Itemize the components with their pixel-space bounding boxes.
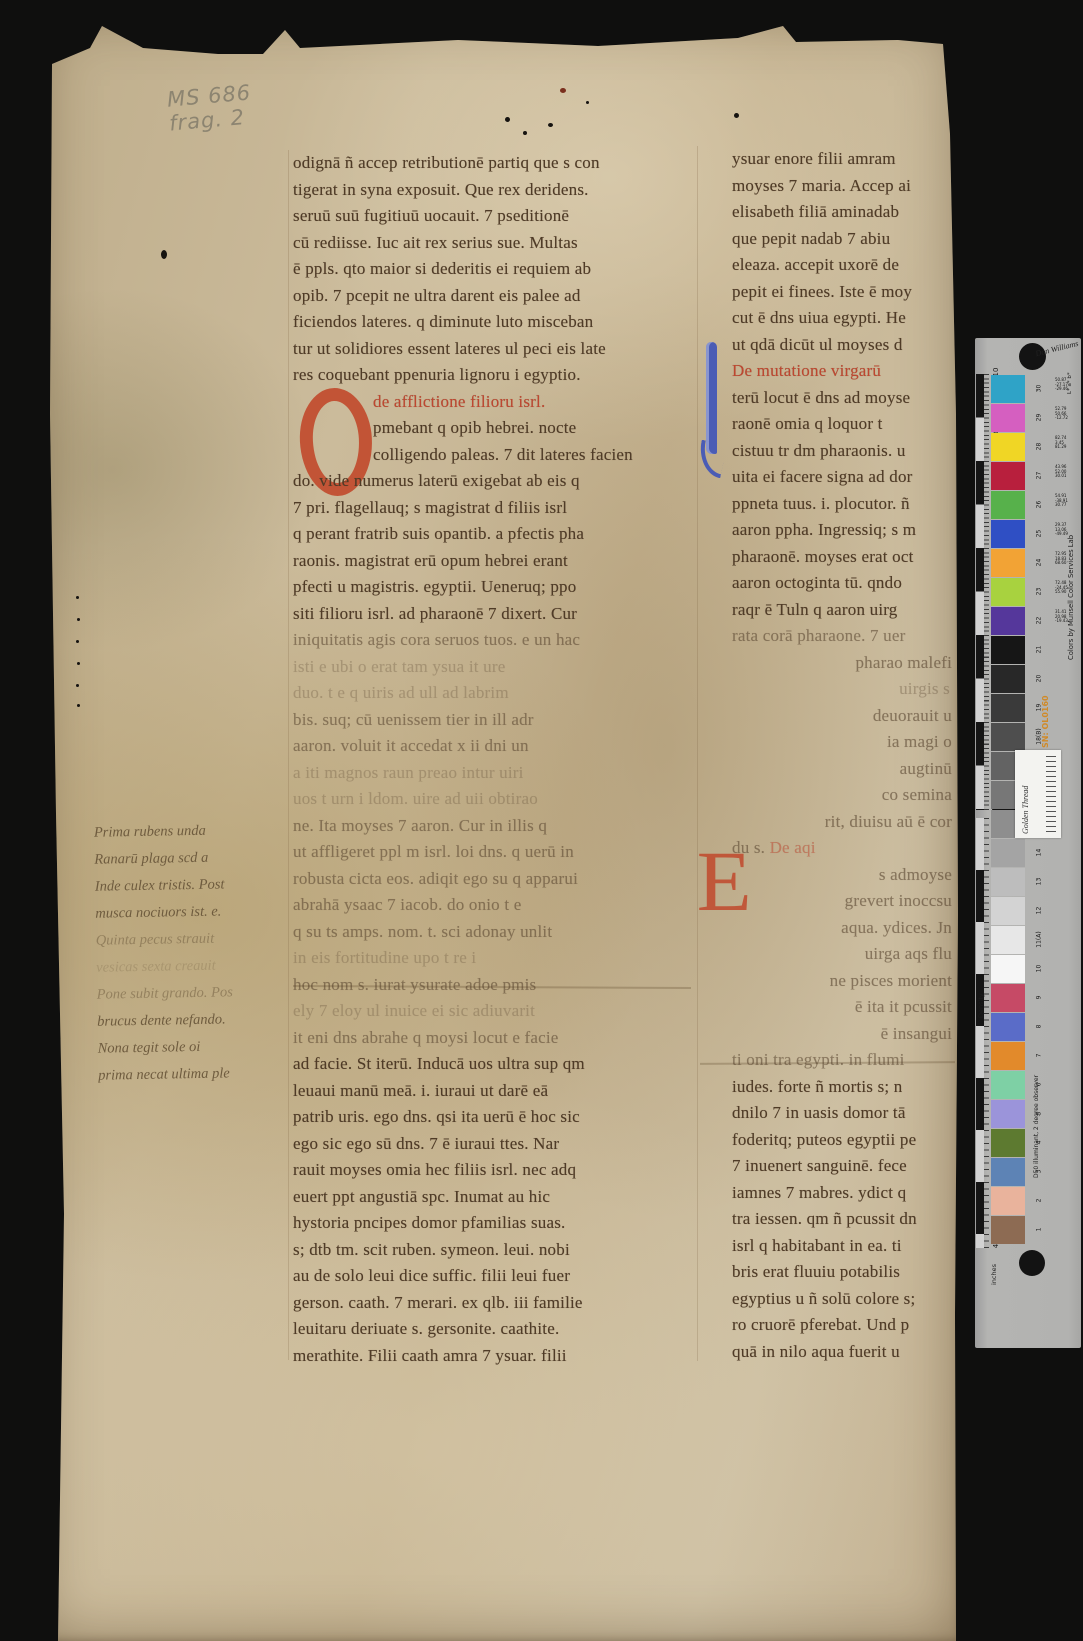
patch-number: 30 — [1036, 374, 1043, 404]
initial-I-flourish — [695, 440, 728, 479]
patch-number: 25 — [1036, 519, 1043, 549]
illuminant-note: D50 illuminant, 2 degree observer — [1033, 1038, 1040, 1178]
text-line: odignā ñ accep retributionē partiq que s… — [293, 150, 685, 177]
color-patch-row: 2472.95 18.83 68.60 — [991, 549, 1079, 578]
ink-speck — [523, 131, 527, 135]
patch-number: 29 — [1036, 403, 1043, 433]
text-line: eleaza. accepit uxorē de — [732, 252, 958, 279]
color-patch-row: 12 — [991, 897, 1079, 926]
text-line: isti e ubi o erat tam ysua it ure — [293, 654, 685, 681]
stitch-hole — [77, 618, 80, 621]
text-line: ia magi o — [732, 729, 958, 756]
color-patch-row: 2529.37 13.06 -49.49 — [991, 520, 1079, 549]
text-line: Nona tegit sole oi — [97, 1032, 292, 1062]
patch-number: 24 — [1036, 548, 1043, 578]
color-patch — [991, 897, 1025, 925]
color-patch-row: 3050.87 -27.17 -29.46 — [991, 375, 1079, 404]
text-line: moyses 7 maria. Accep ai — [732, 173, 958, 200]
color-patch-row: 14 — [991, 839, 1079, 868]
text-line: Ranarū plaga scd a — [94, 843, 289, 873]
text-line: a iti magnos raun preao intur uiri — [293, 760, 685, 787]
color-patch — [991, 955, 1025, 983]
ink-speck — [505, 117, 510, 122]
text-line: uos t urn i ldom. uire ad uii obtirao — [293, 786, 685, 813]
color-patch — [991, 433, 1025, 461]
text-line: augtinū — [732, 756, 958, 783]
text-line: foderitq; puteos egyptii pe — [732, 1127, 958, 1154]
cm-ruler-blocks — [976, 374, 984, 810]
text-line: raqr ē Tuln q aaron uirg — [732, 597, 958, 624]
inch-ruler-ticks — [984, 818, 989, 1248]
text-line: tur ut solidiores essent lateres ul peci… — [293, 336, 685, 363]
text-line: du s. De aqi — [732, 835, 958, 862]
text-line: colligendo paleas. 7 dit lateres facien — [293, 442, 685, 469]
text-line: in eis fortitudine upo t re i — [293, 945, 685, 972]
text-line: quā in nilo aqua fuerit u — [732, 1339, 958, 1366]
text-line: ne. Ita moyses 7 aaron. Cur in illis q — [293, 813, 685, 840]
text-line: leuaui manū meā. i. iuraui ut darē eā — [293, 1078, 685, 1105]
registration-dot-bottom — [1019, 1250, 1045, 1276]
text-line: Quinta pecus strauit — [96, 924, 291, 954]
color-patch — [991, 1100, 1025, 1128]
stitch-hole — [76, 640, 79, 643]
text-line: vesicas sexta creauit — [96, 951, 291, 981]
text-line: ut qdā dicūt ul moyses d — [732, 332, 958, 359]
stitch-hole — [76, 684, 79, 687]
text-line: iniquitatis agis cora seruos tuos. e un … — [293, 627, 685, 654]
color-patch — [991, 1216, 1025, 1244]
text-line: pharao malefi — [732, 650, 958, 677]
color-patch — [991, 1013, 1025, 1041]
text-line: dnilo 7 in uasis domor tā — [732, 1100, 958, 1127]
lab-header: L* a* b* — [1067, 366, 1073, 394]
color-patch-row: 1 — [991, 1216, 1079, 1245]
patch-number: 10 — [1036, 954, 1043, 984]
photograph-canvas: MS 686 frag. 2 E odignā ñ accep retribut… — [0, 0, 1083, 1641]
text-line: ely 7 eloy ul inuice ei sic adiuvarit — [293, 998, 685, 1025]
text-line: pharaonē. moyses erat oct — [732, 544, 958, 571]
color-patch-row: 2882.74 3.45 81.29 — [991, 433, 1079, 462]
text-line: raonē omia q loquor t — [732, 411, 958, 438]
text-line: Pone subit grando. Pos — [96, 978, 291, 1008]
designer-signature: Don Williams — [1035, 339, 1080, 358]
patch-number: 27 — [1036, 461, 1043, 491]
text-line: uita ei facere signa ad dor — [732, 464, 958, 491]
color-patch-row: 19 — [991, 694, 1079, 723]
text-line: bis. suq; cū uenissem tier in ill adr — [293, 707, 685, 734]
text-line: egyptius u ñ solū colore s; — [732, 1286, 958, 1313]
text-line: ficiendos lateres. q diminute luto misce… — [293, 309, 685, 336]
text-line: ē insangui — [732, 1021, 958, 1048]
text-line: Inde culex tristis. Post — [95, 870, 290, 900]
text-line: s; dtb tm. scit ruben. symeon. leui. nob… — [293, 1237, 685, 1264]
text-line: terū locut ē dns ad moyse — [732, 385, 958, 412]
color-patch — [991, 1042, 1025, 1070]
stitch-hole — [77, 704, 80, 707]
text-line: res coquebant ppenuria lignoru i egyptio… — [293, 362, 685, 389]
patch-number: 1 — [1036, 1215, 1043, 1245]
text-line: ro cruorē pferebat. Und p — [732, 1312, 958, 1339]
color-patch-row: 13 — [991, 868, 1079, 897]
color-patch — [991, 868, 1025, 896]
color-patch — [991, 491, 1025, 519]
text-line: q perant fratrib suis opantib. a pfectis… — [293, 521, 685, 548]
color-patch — [991, 926, 1025, 954]
initial-I-blue — [700, 342, 726, 474]
density-label: Density — [977, 958, 985, 1018]
text-line: au de solo leui dice suffic. filii leui … — [293, 1263, 685, 1290]
text-line: iamnes 7 mabres. ydict q — [732, 1180, 958, 1207]
color-patch — [991, 1187, 1025, 1215]
ruling-line — [288, 150, 289, 1360]
text-line: abrahā ysaac 7 iacob. do onio t e — [293, 892, 685, 919]
text-line: co semina — [732, 782, 958, 809]
initial-I-stem — [706, 342, 717, 454]
wormhole — [161, 250, 167, 259]
text-line: deuorauit u — [732, 703, 958, 730]
color-patch — [991, 375, 1025, 403]
text-line: uirgis s — [732, 676, 958, 703]
text-line: De mutatione virgarū — [732, 358, 958, 385]
text-line: tigerat in syna exposuit. Que rex deride… — [293, 177, 685, 204]
text-line: leuitaru deriuate s. gersonite. caathite… — [293, 1316, 685, 1343]
text-line: ut affligeret ppl m isrl. loi dns. q uer… — [293, 839, 685, 866]
cm-ruler-ticks — [984, 374, 989, 810]
patch-number: 23 — [1036, 577, 1043, 607]
stitch-hole — [76, 596, 79, 599]
text-line: rit, diuisu aū ē cor — [732, 809, 958, 836]
text-line: prima necat ultima ple — [98, 1059, 293, 1089]
text-line: patrib uris. ego dns. qsi ita uerū ē hoc… — [293, 1104, 685, 1131]
text-line: rauit moyses omia hec filiis isrl. nec a… — [293, 1157, 685, 1184]
color-patch — [991, 607, 1025, 635]
color-patch-row: 11(A) — [991, 926, 1079, 955]
patch-number: 11(A) — [1036, 925, 1043, 955]
text-line: grevert inoccsu — [732, 888, 958, 915]
text-line: bris erat fluuiu potabilis — [732, 1259, 958, 1286]
serial-number: SN: OL0160 — [1041, 638, 1050, 748]
patch-number: 8 — [1036, 1012, 1043, 1042]
text-line: de afflictione filioru isrl. — [293, 389, 685, 416]
text-line: gerson. caath. 7 merari. ex qlb. iii fam… — [293, 1290, 685, 1317]
text-line: pfecti u magistris. egyptii. Ueneruq; pp… — [293, 574, 685, 601]
fine-print-lines — [1046, 756, 1056, 832]
color-patch-row: 2 — [991, 1187, 1079, 1216]
color-patch — [991, 723, 1025, 751]
margin-annotation: Prima rubens undaRanarū plaga scd aInde … — [94, 816, 294, 1089]
text-line: pmebant q opib hebrei. nocte — [293, 415, 685, 442]
color-patch — [991, 578, 1025, 606]
text-line: robusta cicta eos. adiqit ego su q appar… — [293, 866, 685, 893]
text-line: cistuu tr dm pharaonis. u — [732, 438, 958, 465]
ink-speck — [734, 113, 739, 118]
text-line: que pepit nadab 7 abiu — [732, 226, 958, 253]
color-patch — [991, 520, 1025, 548]
color-patch-row: 18(B) — [991, 723, 1079, 752]
text-line: aaron octoginta tū. qndo — [732, 570, 958, 597]
text-line: ysuar enore filii amram — [732, 146, 958, 173]
text-line: q su ts amps. nom. t. sci adonay unlit — [293, 919, 685, 946]
text-line: ē ppls. qto maior si dederitis ei requie… — [293, 256, 685, 283]
text-line: uirga aqs flu — [732, 941, 958, 968]
patch-number: 12 — [1036, 896, 1043, 926]
golden-thread-label: Golden Thread — [1021, 754, 1030, 834]
patch-number: 26 — [1036, 490, 1043, 520]
text-line: it eni dns abrahe q moysi locut e facie — [293, 1025, 685, 1052]
munsell-credit: Colors by Munsell Color Services Lab — [1067, 400, 1075, 660]
text-line: siti filioru isrl. ad pharaonē 7 dixert.… — [293, 601, 685, 628]
text-line: Prima rubens unda — [94, 816, 289, 846]
patch-number: 22 — [1036, 606, 1043, 636]
text-line: ne pisces morient — [732, 968, 958, 995]
color-patch — [991, 636, 1025, 664]
patch-number: 9 — [1036, 983, 1043, 1013]
text-line: ti oni tra egypti. in flumi — [732, 1047, 958, 1074]
text-line: hystoria pncipes domor pfamilias suas. — [293, 1210, 685, 1237]
color-patch-row: 9 — [991, 984, 1079, 1013]
color-patch — [991, 694, 1025, 722]
ink-speck — [548, 123, 553, 127]
text-line: euert ppt angustiā spc. Inumat au hic — [293, 1184, 685, 1211]
text-line: elisabeth filiā aminadab — [732, 199, 958, 226]
text-line: musca nociuors ist. e. — [95, 897, 290, 927]
color-patch — [991, 1158, 1025, 1186]
patch-number: 14 — [1036, 838, 1043, 868]
text-line: seruū suū fugitiuū uocauit. 7 pseditionē — [293, 203, 685, 230]
text-line: aqua. ydices. Jn — [732, 915, 958, 942]
golden-thread-info-patch: Golden Thread — [1015, 750, 1061, 838]
color-patch-row: 2654.91 -38.91 30.77 — [991, 491, 1079, 520]
text-line: ē ita it pcussit — [732, 994, 958, 1021]
text-line: ego sic ego sū dns. 7 ē iuraui ttes. Nar — [293, 1131, 685, 1158]
text-line: rata corā pharaone. 7 uer — [732, 623, 958, 650]
text-line: tra iessen. qm ñ pcussit dn — [732, 1206, 958, 1233]
text-line: pepit ei finees. Iste ē moy — [732, 279, 958, 306]
color-patch-row: 2372.48 -24.45 55.90 — [991, 578, 1079, 607]
color-patch — [991, 462, 1025, 490]
text-line: merathite. Filii caath amra 7 ysuar. fil… — [293, 1343, 685, 1370]
inches-label: inches — [990, 1243, 998, 1285]
text-line: hoc nom s. iurat ysurate adoe pmis — [293, 972, 685, 999]
ink-speck — [586, 101, 589, 104]
color-patch-row: 10 — [991, 955, 1079, 984]
text-line: duo. t e q uiris ad ull ad labrim — [293, 680, 685, 707]
color-patch — [991, 665, 1025, 693]
color-patch — [991, 839, 1025, 867]
color-patch — [991, 549, 1025, 577]
color-patch — [991, 404, 1025, 432]
pencil-shelfmark: MS 686 frag. 2 — [166, 80, 254, 135]
text-line: raonis. magistrat erū opum hebrei erant — [293, 548, 685, 575]
text-line: cū rediisse. Iuc ait rex serius sue. Mul… — [293, 230, 685, 257]
text-line: brucus dente nefando. — [97, 1005, 292, 1035]
text-line: aaron ppha. Ingressiq; s m — [732, 517, 958, 544]
color-patch — [991, 984, 1025, 1012]
text-column-left: odignā ñ accep retributionē partiq que s… — [293, 150, 685, 1369]
color-patch-row: 20 — [991, 665, 1079, 694]
text-line: ppneta tuus. i. plocutor. ñ — [732, 491, 958, 518]
color-patch-row: 21 — [991, 636, 1079, 665]
text-line: 7 pri. flagellauq; s magistrat d filiis … — [293, 495, 685, 522]
text-line: do. vide numerus laterū exigebat ab eis … — [293, 468, 685, 495]
text-column-right: ysuar enore filii amrammoyses 7 maria. A… — [732, 146, 958, 1365]
color-patch — [991, 1129, 1025, 1157]
text-line: iudes. forte ñ mortis s; n — [732, 1074, 958, 1101]
text-line: ad facie. St iterū. Inducā uos ultra sup… — [293, 1051, 685, 1078]
inch-ruler-blocks — [976, 818, 984, 1248]
color-patch-row: 2231.41 20.98 -19.43 — [991, 607, 1079, 636]
stitch-hole — [77, 662, 80, 665]
text-line: 7 inuenert sanguinē. fece — [732, 1153, 958, 1180]
color-calibration-target: 109876543210 01234 centimeters Density i… — [975, 338, 1081, 1348]
patch-number: 2 — [1036, 1186, 1043, 1216]
color-patch — [991, 1071, 1025, 1099]
ruling-line — [697, 146, 698, 1361]
color-patch-row: 2743.96 52.00 30.01 — [991, 462, 1079, 491]
patch-number: 28 — [1036, 432, 1043, 462]
text-line: s admoyse — [732, 862, 958, 889]
color-patch-row: 2952.79 50.66 -12.72 — [991, 404, 1079, 433]
text-line: cut ē dns uiua egypti. He — [732, 305, 958, 332]
patch-number: 13 — [1036, 867, 1043, 897]
text-line: isrl q habitabant in ea. ti — [732, 1233, 958, 1260]
text-line: opib. 7 pcepit ne ultra darent eis palee… — [293, 283, 685, 310]
stain-speck — [560, 88, 566, 93]
text-line: aaron. voluit it accedat x ii dni un — [293, 733, 685, 760]
